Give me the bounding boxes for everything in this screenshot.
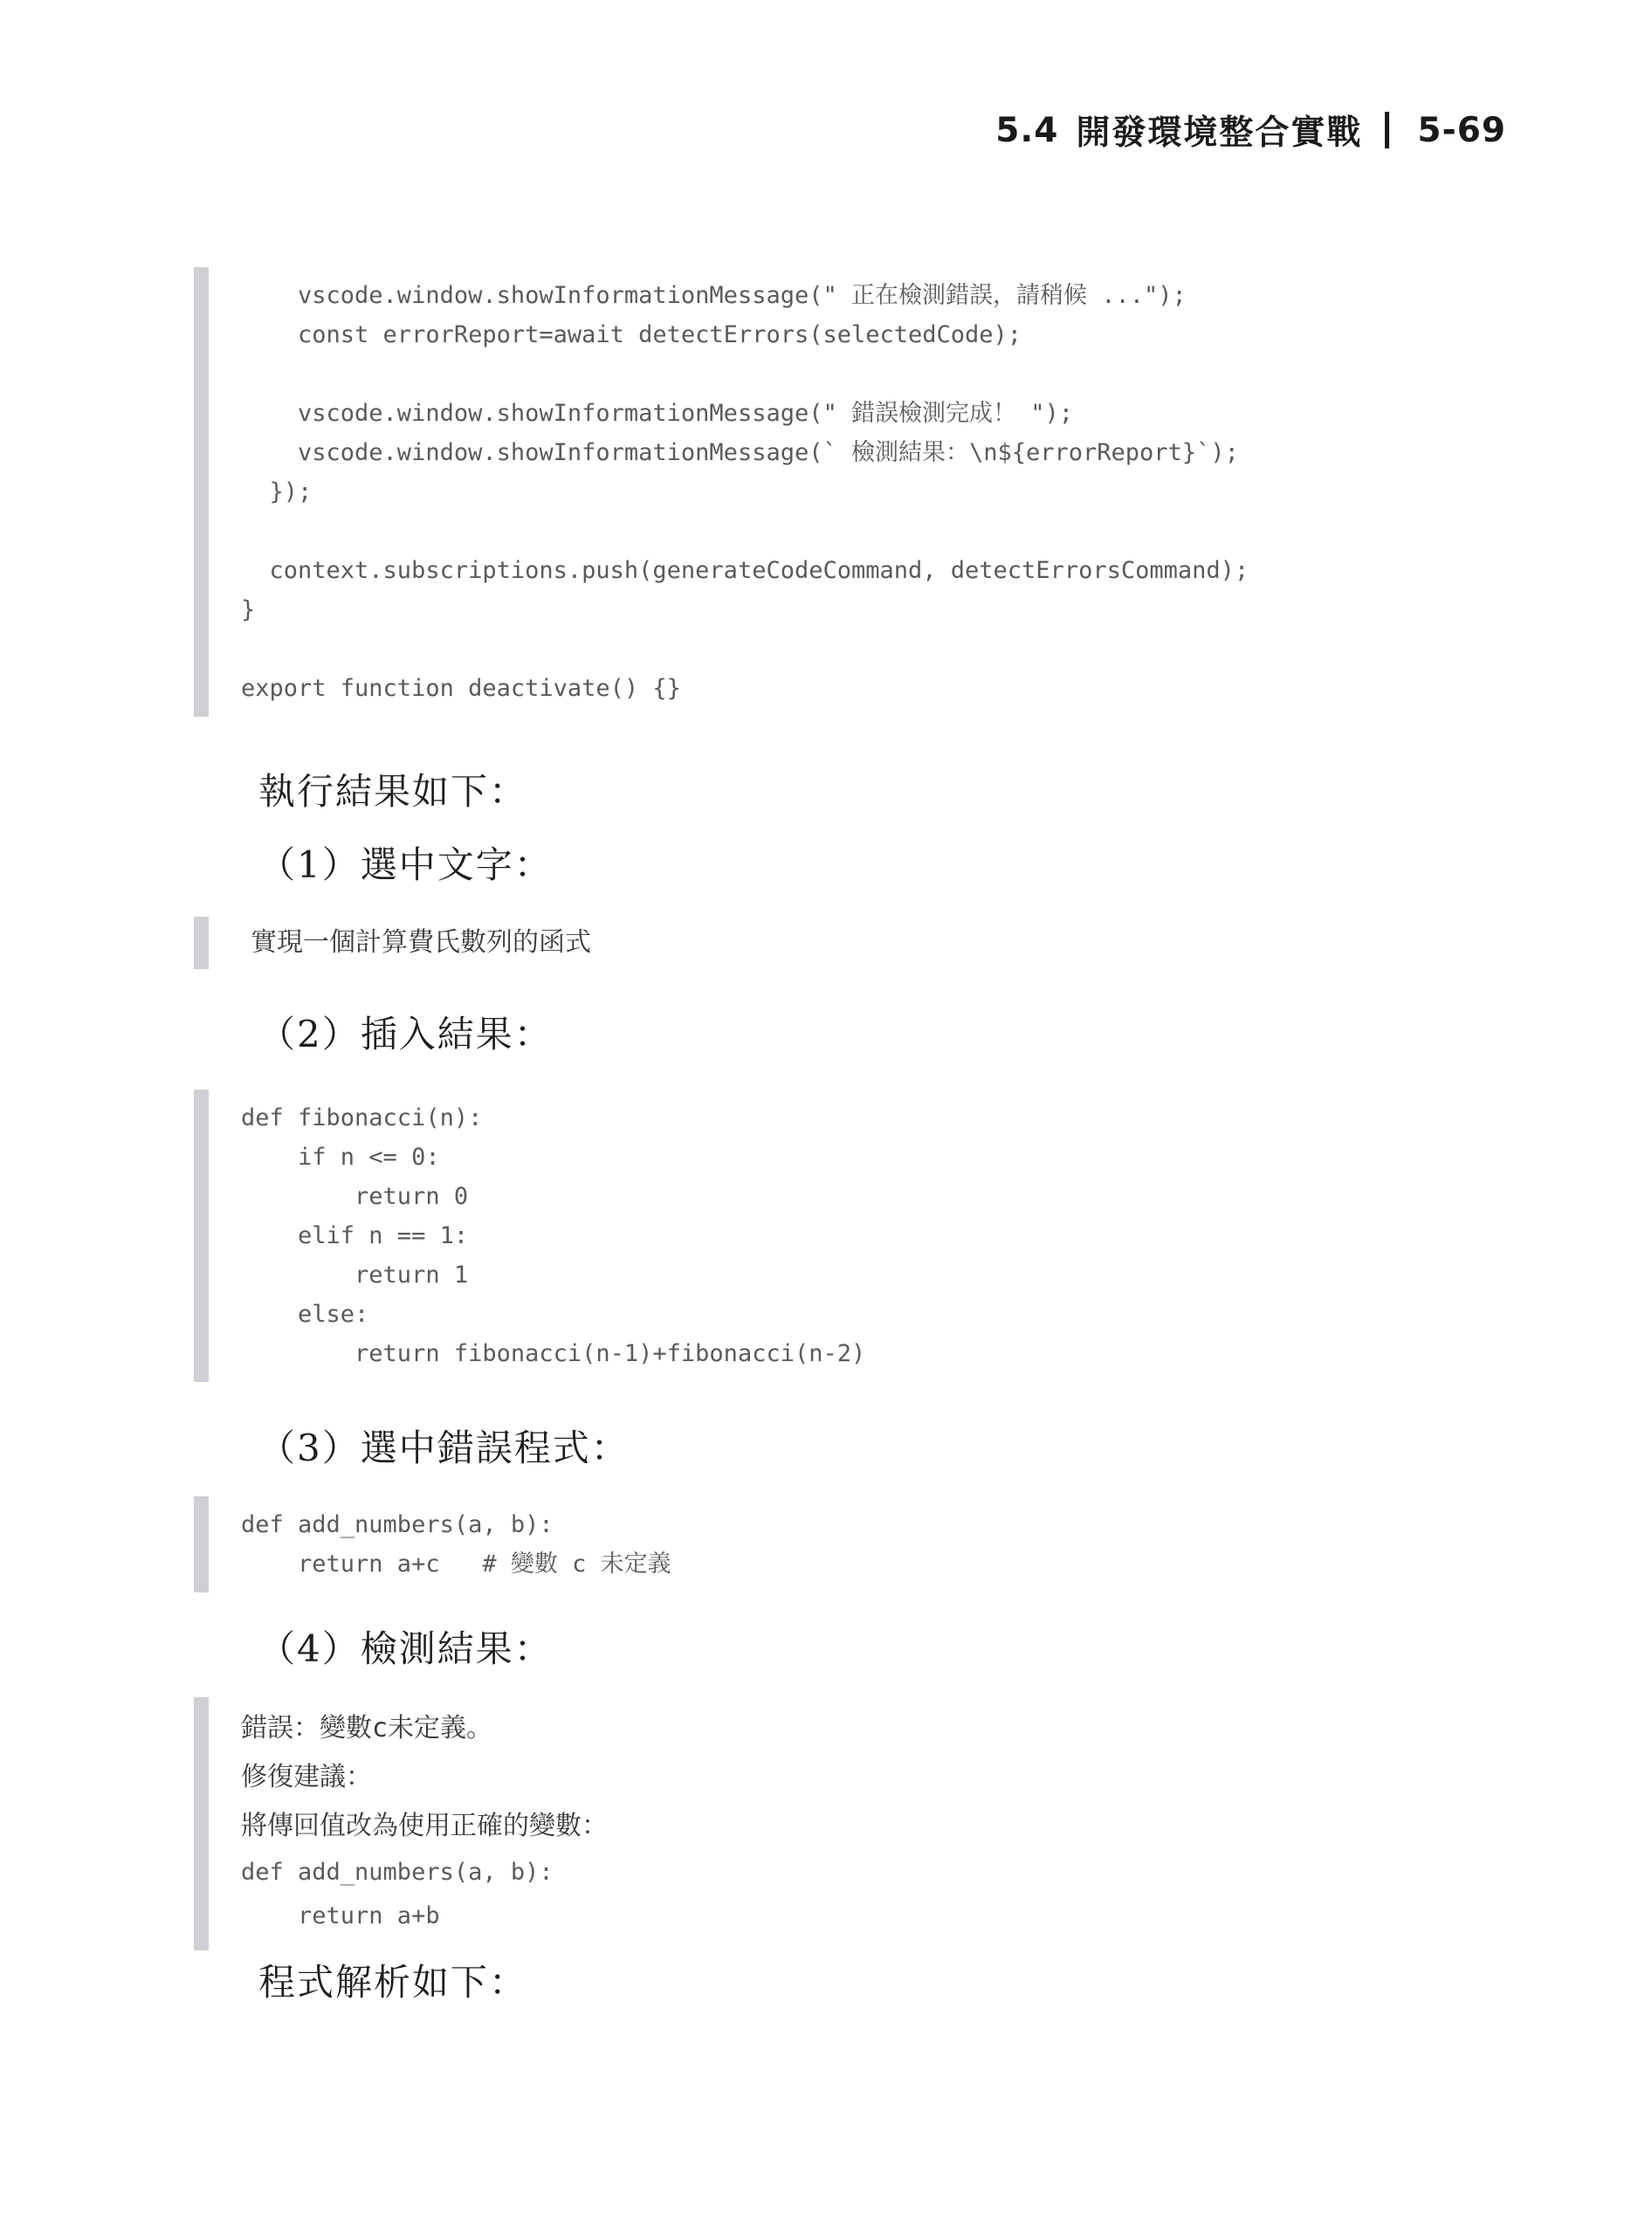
page-number: 5-69 xyxy=(1417,111,1506,150)
code-block-detection-result: 錯誤：變數c未定義。 修復建議： 將傳回值改為使用正確的變數： def add_… xyxy=(194,1697,608,1950)
section-number: 5.4 xyxy=(995,111,1058,150)
heading-step3-error-code: （3）選中錯誤程式： xyxy=(258,1420,630,1472)
detection-result-text: 錯誤：變數c未定義。 修復建議： 將傳回值改為使用正確的變數： xyxy=(241,1704,608,1851)
heading-run-results: 執行結果如下： xyxy=(258,763,527,815)
page-header: 5.4 開發環境整合實戰 5-69 xyxy=(995,106,1506,155)
heading-code-analysis: 程式解析如下： xyxy=(258,1954,527,2006)
section-title: 開發環境整合實戰 xyxy=(1076,106,1362,155)
heading-step2-insert-result: （2）插入結果： xyxy=(258,1006,553,1058)
heading-step4-detection-result: （4）檢測結果： xyxy=(258,1620,553,1673)
code-block-extension-source: vscode.window.showInformationMessage(" 正… xyxy=(194,267,1249,717)
detection-result-code: def add_numbers(a, b): return a+b xyxy=(241,1851,608,1938)
code-block-fibonacci: def fibonacci(n): if n <= 0: return 0 el… xyxy=(194,1090,865,1382)
heading-step1-selected-text: （1）選中文字： xyxy=(258,836,553,889)
code-block-error-code: def add_numbers(a, b): return a+c # 變數 c… xyxy=(194,1496,671,1592)
header-divider-rule xyxy=(1385,112,1389,148)
code-block-selected-text: 實現一個計算費氏數列的函式 xyxy=(194,917,591,969)
